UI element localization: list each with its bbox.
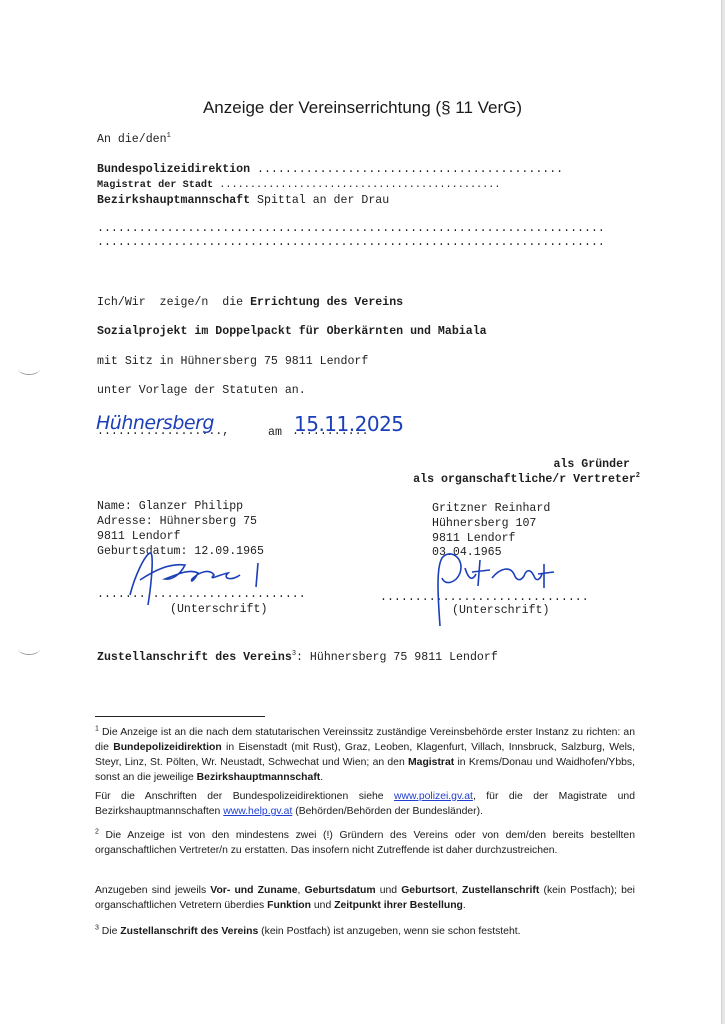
founder-2-address: Hühnersberg 107 — [432, 517, 536, 530]
footnote-3: 3 Die Zustellanschrift des Vereins (kein… — [95, 924, 635, 939]
punch-hole-mark — [18, 642, 40, 655]
signature-founder-2 — [420, 538, 570, 628]
help-link[interactable]: www.help.gv.at — [223, 806, 292, 817]
role-founders: als Gründer — [0, 458, 630, 471]
footnote-2-details: Anzugeben sind jeweils Vor- und Zuname, … — [95, 883, 635, 913]
blank-line: ........................................… — [97, 236, 605, 249]
statutes-line: unter Vorlage der Statuten an. — [97, 384, 306, 397]
punch-hole-mark — [18, 362, 40, 375]
date-label: am — [268, 426, 282, 439]
footnote-1: 1 Die Anzeige ist an die nach dem statut… — [95, 725, 635, 785]
footnote-1-addresses: Für die Anschriften der Bundespolizeidir… — [95, 789, 635, 819]
founder-1-name: Name: Glanzer Philipp — [97, 500, 243, 513]
authority-police: Bundespolizeidirektion .................… — [97, 163, 563, 176]
blank-line: ........................................… — [97, 222, 605, 235]
footnote-separator — [95, 716, 265, 717]
signature-founder-1 — [110, 535, 280, 615]
form-page: Anzeige der Vereinserrichtung (§ 11 VerG… — [0, 0, 725, 1024]
footnote-2: 2 Die Anzeige ist von den mindestens zwe… — [95, 828, 635, 858]
addressee-label: An die/den1 — [97, 133, 171, 146]
association-name: Sozialprojekt im Doppelpackt für Oberkär… — [97, 325, 487, 338]
document-title: Anzeige der Vereinserrichtung (§ 11 VerG… — [0, 98, 725, 118]
delivery-address: Zustellanschrift des Vereins3: Hühnersbe… — [97, 651, 498, 664]
founder-1-address: Adresse: Hühnersberg 75 — [97, 515, 257, 528]
authority-district: Bezirkshauptmannschaft Spittal an der Dr… — [97, 194, 389, 207]
founder-2-name: Gritzner Reinhard — [432, 502, 550, 515]
polizei-link[interactable]: www.polizei.gv.at — [394, 791, 473, 802]
date-handwritten: 15.11.2025 — [294, 412, 404, 436]
role-representatives: als organschaftliche/r Vertreter2 — [0, 473, 640, 486]
place-handwritten: Hühnersberg — [96, 412, 214, 434]
seat-line: mit Sitz in Hühnersberg 75 9811 Lendorf — [97, 355, 368, 368]
authority-magistrate: Magistrat der Stadt ....................… — [97, 180, 501, 191]
notice-line: Ich/Wir zeige/n die Errichtung des Verei… — [97, 296, 403, 309]
page-edge-line — [721, 0, 722, 1024]
